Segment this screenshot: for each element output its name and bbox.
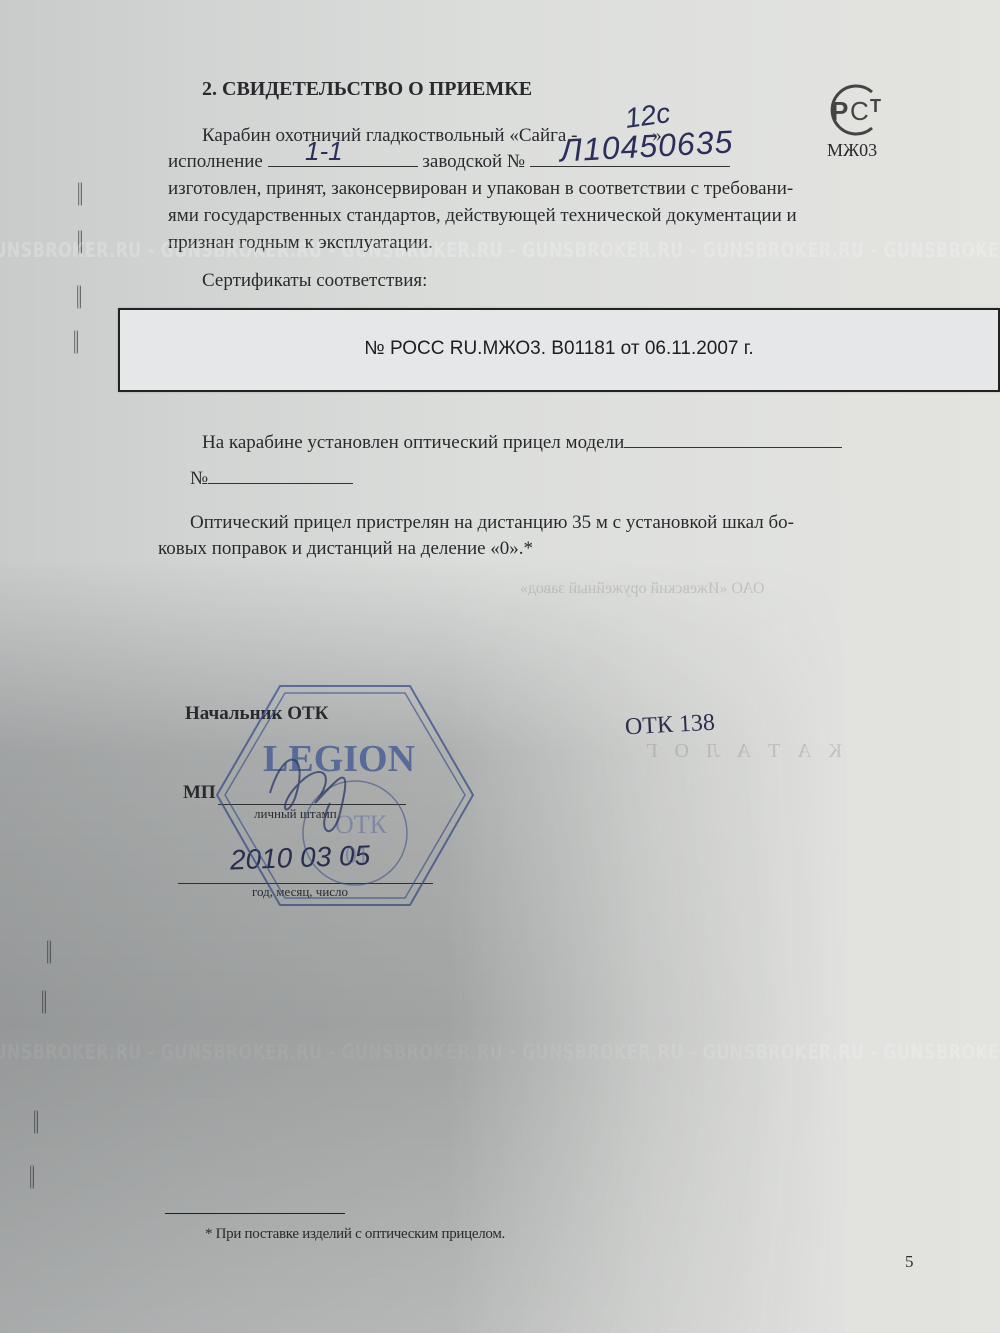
show-through-text: К А Т А Л О Г: [640, 740, 842, 763]
svg-text:01: 01: [345, 843, 369, 869]
serial-label: заводской №: [422, 151, 525, 172]
staple: [30, 1165, 34, 1189]
rst-certification-mark-icon: P C T: [820, 82, 890, 138]
show-through-text: ОАО «Ижевский оружейный завод»: [520, 580, 765, 598]
footnote-rule: [165, 1213, 345, 1214]
optics-model-line: На карабине установлен оптический прицел…: [202, 432, 842, 454]
optics-number-line: №: [190, 468, 353, 490]
staple: [78, 182, 82, 206]
photo-shadow: [0, 560, 1000, 1333]
svg-text:ОТК: ОТК: [335, 810, 388, 839]
product-prefix: Карабин охотничий гладкоствольный «Сайга…: [202, 125, 582, 146]
certificate-number: № РОСС RU.МЖО3. В01181 от 06.11.2007 г.: [120, 338, 998, 360]
execution-field[interactable]: [268, 166, 418, 167]
legion-stamp-icon: LEGION ОТК 01: [215, 683, 475, 908]
acceptance-text-line: ями государственных стандартов, действую…: [168, 205, 797, 227]
certificates-label: Сертификаты соответствия:: [202, 270, 427, 292]
svg-text:C: C: [850, 96, 869, 126]
watermark: GUNSBROKER.RU - GUNSBROKER.RU - GUNSBROK…: [0, 1040, 1000, 1064]
watermark: GUNSBROKER.RU - GUNSBROKER.RU - GUNSBROK…: [0, 238, 1000, 262]
gost-code: МЖ03: [827, 140, 877, 161]
zeroing-text-line: Оптический прицел пристрелян на дистанци…: [190, 512, 794, 534]
optics-model-field[interactable]: [624, 447, 842, 448]
otk-138-stamp: ОТК 138: [624, 710, 715, 742]
svg-text:LEGION: LEGION: [263, 738, 415, 780]
optics-model-label: На карабине установлен оптический прицел…: [202, 432, 624, 453]
staple: [42, 990, 46, 1014]
staple: [77, 285, 81, 309]
execution-label: исполнение: [168, 151, 263, 172]
svg-text:P: P: [831, 96, 848, 126]
certificate-label-strip: № РОСС RU.МЖО3. В01181 от 06.11.2007 г.: [118, 308, 1000, 392]
section-heading: 2. СВИДЕТЕЛЬСТВО О ПРИЕМКЕ: [202, 78, 532, 101]
staple: [47, 940, 51, 964]
optics-number-label: №: [190, 468, 208, 489]
page-number: 5: [905, 1252, 914, 1272]
acceptance-text-line: изготовлен, принят, законсервирован и уп…: [168, 178, 793, 200]
zeroing-text-line: ковых поправок и дистанций на деление «0…: [158, 538, 533, 560]
svg-text:T: T: [870, 96, 881, 116]
optics-number-field[interactable]: [208, 483, 353, 484]
staple: [74, 330, 78, 354]
handwritten-execution: 1-1: [305, 136, 343, 167]
staple: [34, 1110, 38, 1134]
footnote: * При поставке изделий с оптическим приц…: [205, 1226, 505, 1243]
serial-field[interactable]: [530, 166, 730, 167]
mp-label: МП: [183, 782, 216, 804]
